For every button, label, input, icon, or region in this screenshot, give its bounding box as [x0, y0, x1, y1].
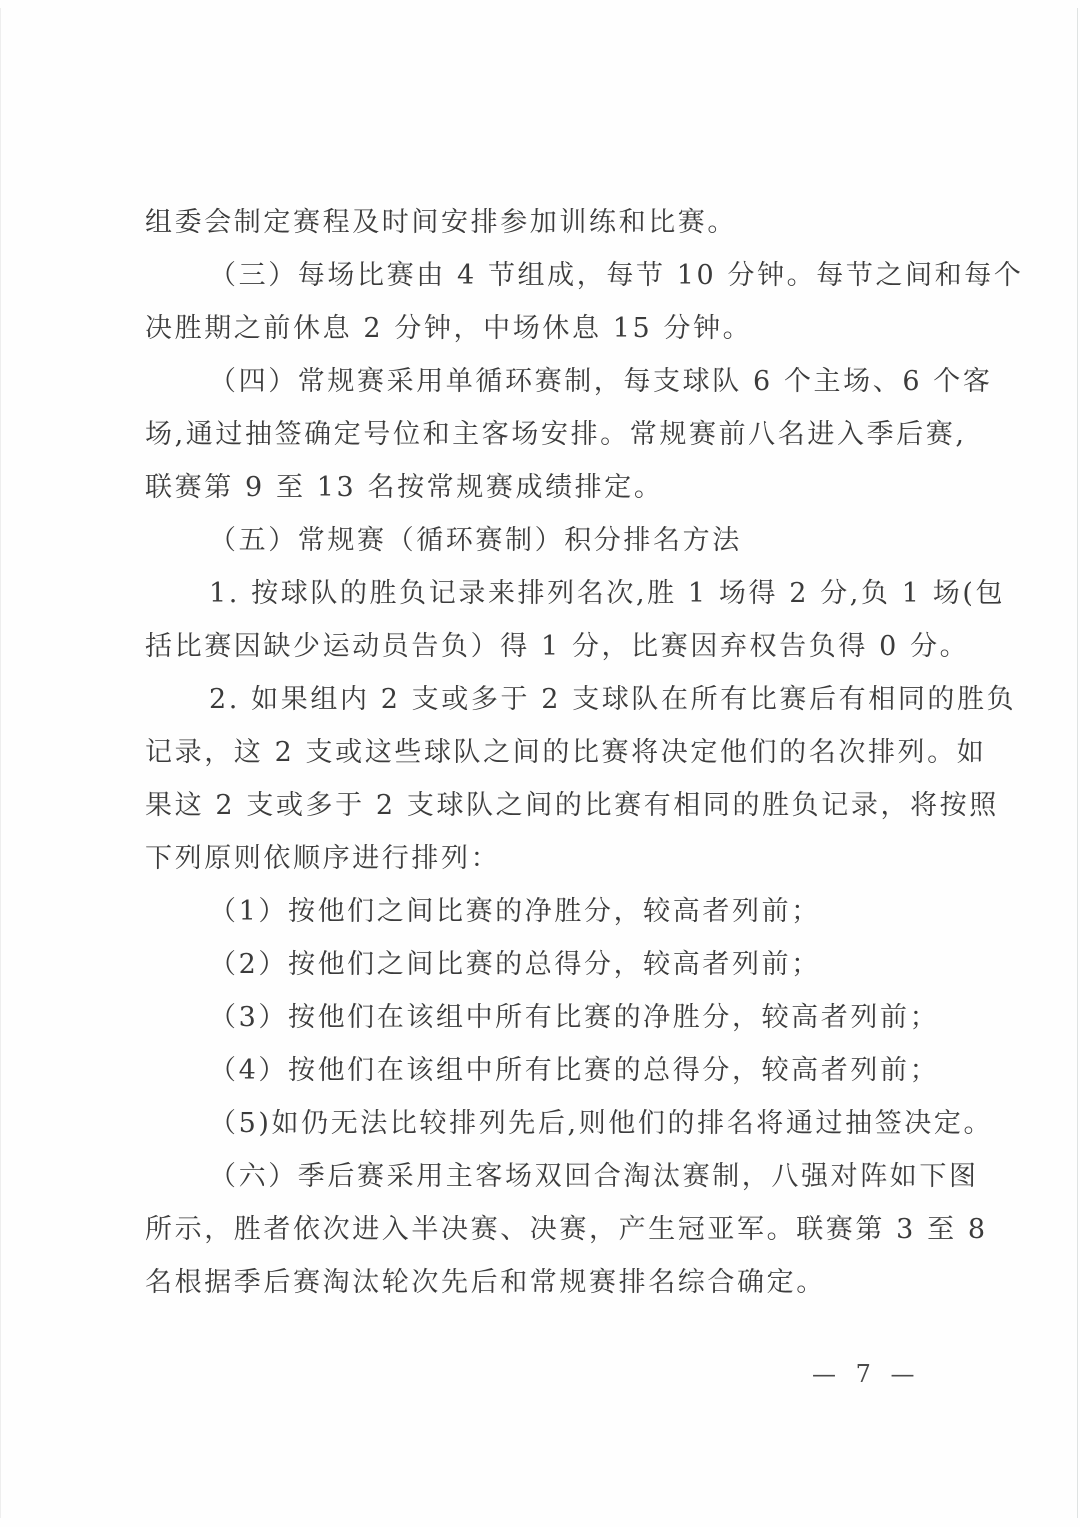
page-number: — 7 —	[812, 1360, 921, 1388]
document-body: 组委会制定赛程及时间安排参加训练和比赛。 （三）每场比赛由 4 节组成，每节 1…	[145, 196, 935, 1309]
rule-1-line: 1. 按球队的胜负记录来排列名次,胜 1 场得 2 分,负 1 场(包	[145, 567, 935, 620]
paragraph-line: 决胜期之前休息 2 分钟，中场休息 15 分钟。	[145, 302, 935, 355]
tiebreak-item-1: （1）按他们之间比赛的净胜分，较高者列前；	[145, 885, 935, 938]
section-4-heading-line: （四）常规赛采用单循环赛制，每支球队 6 个主场、6 个客	[145, 355, 935, 408]
scan-edge-right	[1077, 8, 1078, 1518]
section-6-heading-line: （六）季后赛采用主客场双回合淘汰赛制，八强对阵如下图	[145, 1150, 935, 1203]
rule-2-line: 2. 如果组内 2 支或多于 2 支球队在所有比赛后有相同的胜负	[145, 673, 935, 726]
paragraph-line: 名根据季后赛淘汰轮次先后和常规赛排名综合确定。	[145, 1256, 935, 1309]
paragraph-line: 括比赛因缺少运动员告负）得 1 分，比赛因弃权告负得 0 分。	[145, 620, 935, 673]
tiebreak-item-3: （3）按他们在该组中所有比赛的净胜分，较高者列前；	[145, 991, 935, 1044]
tiebreak-item-4: （4）按他们在该组中所有比赛的总得分，较高者列前；	[145, 1044, 935, 1097]
paragraph-line: 所示，胜者依次进入半决赛、决赛，产生冠亚军。联赛第 3 至 8	[145, 1203, 935, 1256]
tiebreak-item-5: （5)如仍无法比较排列先后,则他们的排名将通过抽签决定。	[145, 1097, 935, 1150]
paragraph-line: 联赛第 9 至 13 名按常规赛成绩排定。	[145, 461, 935, 514]
paragraph-line: 组委会制定赛程及时间安排参加训练和比赛。	[145, 196, 935, 249]
paragraph-line: 果这 2 支或多于 2 支球队之间的比赛有相同的胜负记录，将按照	[145, 779, 935, 832]
paragraph-line: 记录，这 2 支或这些球队之间的比赛将决定他们的名次排列。如	[145, 726, 935, 779]
section-3-heading-line: （三）每场比赛由 4 节组成，每节 10 分钟。每节之间和每个	[145, 249, 935, 302]
paragraph-line: 场,通过抽签确定号位和主客场安排。常规赛前八名进入季后赛,	[145, 408, 935, 461]
scan-edge-left	[0, 8, 1, 1518]
paragraph-line: 下列原则依顺序进行排列：	[145, 832, 935, 885]
section-5-heading: （五）常规赛（循环赛制）积分排名方法	[145, 514, 935, 567]
tiebreak-item-2: （2）按他们之间比赛的总得分，较高者列前；	[145, 938, 935, 991]
document-page: 组委会制定赛程及时间安排参加训练和比赛。 （三）每场比赛由 4 节组成，每节 1…	[0, 0, 1080, 1527]
